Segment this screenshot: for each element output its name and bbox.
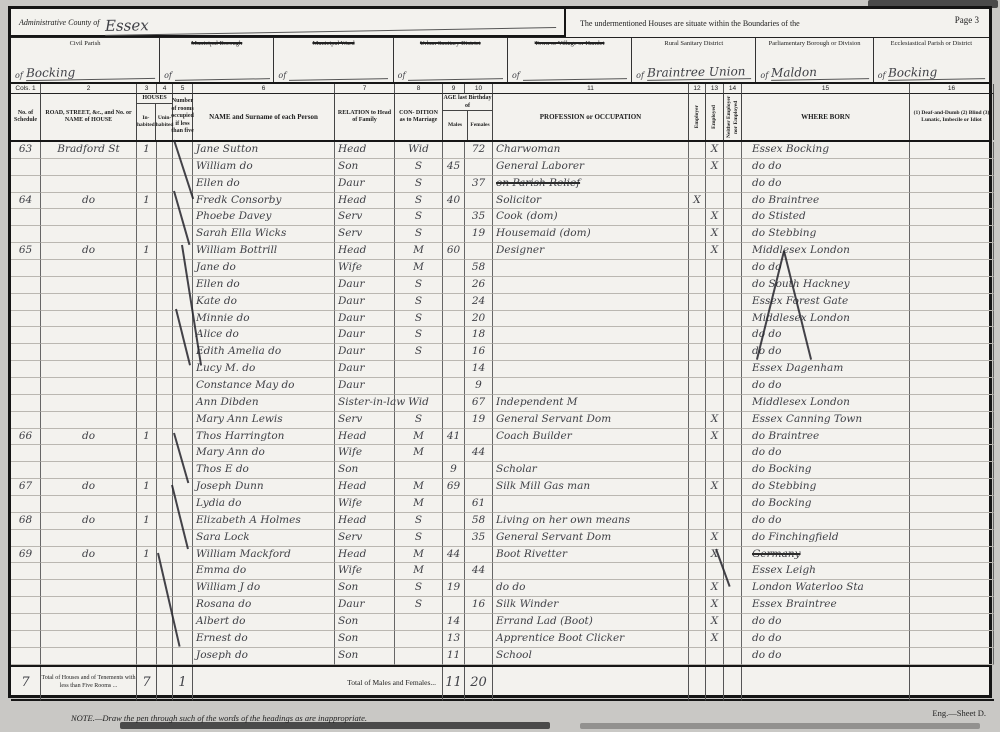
cell-inh <box>137 361 157 378</box>
cell-inh <box>137 563 157 580</box>
cell-infirm <box>910 176 994 193</box>
table-row: Lucy M. doDaur14Essex Dagenham <box>11 361 989 378</box>
cell-born: Germany <box>742 547 910 564</box>
cell-neither <box>724 597 742 614</box>
cell-emp <box>689 412 706 429</box>
cell-empd <box>706 344 724 361</box>
cell-aF: 67 <box>465 395 493 412</box>
cell-rel: Daur <box>335 176 395 193</box>
table-row: Albert doSon14Errand Lad (Boot)Xdo do <box>11 614 989 631</box>
cell-aM <box>443 344 465 361</box>
table-row: William doSonS45General LaborerXdo do <box>11 159 989 176</box>
cell-empd: X <box>706 614 724 631</box>
cell-emp <box>689 327 706 344</box>
cell-sched <box>11 277 41 294</box>
cell-empd <box>706 378 724 395</box>
cell-infirm <box>910 648 994 665</box>
cell-sched <box>11 530 41 547</box>
cell-sched <box>11 462 41 479</box>
cell-inh <box>137 159 157 176</box>
cell-road <box>41 344 137 361</box>
cell-inh <box>137 176 157 193</box>
cell-rooms <box>173 597 193 614</box>
header-rooms: Number of rooms occupied if less than fi… <box>173 94 193 140</box>
header-condition: CON- DITION as to Marriage <box>395 94 443 140</box>
cell-sched <box>11 597 41 614</box>
cell-inh <box>137 277 157 294</box>
cell-empd <box>706 327 724 344</box>
cell-aF <box>465 479 493 496</box>
cell-aF <box>465 193 493 210</box>
cell-aM <box>443 530 465 547</box>
cell-born: Essex Dagenham <box>742 361 910 378</box>
cell-rel: Head <box>335 429 395 446</box>
cell-inh <box>137 580 157 597</box>
cell-born: Essex Bocking <box>742 142 910 159</box>
county-box: Administrative County of Essex <box>11 9 566 37</box>
cell-cond: M <box>395 547 443 564</box>
cell-aF: 9 <box>465 378 493 395</box>
cell-occ <box>493 378 689 395</box>
header-inhabited: In-habited <box>137 104 155 141</box>
district-value: Maldon <box>771 64 869 81</box>
table-row: Phoebe DaveyServS35Cook (dom)Xdo Stisted <box>11 209 989 226</box>
cell-rel: Head <box>335 547 395 564</box>
cell-sched: 63 <box>11 142 41 159</box>
cell-aM <box>443 412 465 429</box>
cell-emp <box>689 496 706 513</box>
cell-inh: 1 <box>137 429 157 446</box>
cell-road <box>41 361 137 378</box>
cell-empd: X <box>706 597 724 614</box>
cell-empd <box>706 513 724 530</box>
admin-county-label: Administrative County of <box>19 18 99 27</box>
cell-occ <box>493 260 689 277</box>
header-females: Females <box>467 111 492 140</box>
cell-inh <box>137 209 157 226</box>
header-where-born: WHERE BORN <box>742 94 910 140</box>
cell-rel: Son <box>335 159 395 176</box>
cell-aF: 44 <box>465 445 493 462</box>
cell-aM <box>443 176 465 193</box>
cell-infirm <box>910 344 994 361</box>
cell-empd: X <box>706 142 724 159</box>
cell-emp <box>689 142 706 159</box>
sheet-reference: Eng.—Sheet D. <box>932 708 986 718</box>
column-number: 9 <box>443 84 465 94</box>
cell-occ: Scholar <box>493 462 689 479</box>
cell-road <box>41 209 137 226</box>
cell-uninh <box>157 479 173 496</box>
cell-uninh <box>157 176 173 193</box>
cell-emp <box>689 614 706 631</box>
cell-inh <box>137 445 157 462</box>
cell-name: Rosana do <box>193 597 335 614</box>
cell-aF: 61 <box>465 496 493 513</box>
cell-rooms <box>173 648 193 665</box>
cell-name: Elizabeth A Holmes <box>193 513 335 530</box>
cell-emp <box>689 547 706 564</box>
cell-rel: Son <box>335 580 395 597</box>
cell-cond: S <box>395 412 443 429</box>
cell-name: Edith Amelia do <box>193 344 335 361</box>
cell-aM <box>443 311 465 328</box>
cell-name: Mary Ann do <box>193 445 335 462</box>
cell-born: do Stebbing <box>742 479 910 496</box>
district-value <box>408 78 503 81</box>
cell-emp <box>689 445 706 462</box>
cell-born: do do <box>742 260 910 277</box>
cell-occ: Coach Builder <box>493 429 689 446</box>
cell-aM <box>443 361 465 378</box>
cell-born: do do <box>742 159 910 176</box>
table-header: No. of Schedule ROAD, STREET, &c., and N… <box>11 94 989 142</box>
cell-rel: Serv <box>335 530 395 547</box>
cell-aF <box>465 648 493 665</box>
column-number: 6 <box>193 84 335 94</box>
cell-empd: X <box>706 429 724 446</box>
table-row: 65do1William BottrillHeadM60DesignerXMid… <box>11 243 989 260</box>
cell-uninh <box>157 530 173 547</box>
footer-schedule-total: 7 <box>21 675 29 690</box>
cell-emp <box>689 580 706 597</box>
cell-inh <box>137 344 157 361</box>
cell-inh <box>137 648 157 665</box>
cell-rel: Son <box>335 648 395 665</box>
admin-county-value: Essex <box>105 9 556 36</box>
table-body: 63Bradford St1Jane SuttonHeadWid72Charwo… <box>11 142 989 665</box>
cell-neither <box>724 344 742 361</box>
cell-born: do do <box>742 614 910 631</box>
table-row: Sara LockServS35General Servant DomXdo F… <box>11 530 989 547</box>
cell-inh: 1 <box>137 513 157 530</box>
cell-emp <box>689 243 706 260</box>
cell-uninh <box>157 429 173 446</box>
cell-road: Bradford St <box>41 142 137 159</box>
cell-aM <box>443 209 465 226</box>
cell-cond: M <box>395 445 443 462</box>
cell-rel: Wife <box>335 445 395 462</box>
cell-aM: 60 <box>443 243 465 260</box>
cell-neither <box>724 530 742 547</box>
cell-empd: X <box>706 580 724 597</box>
cell-rooms <box>173 344 193 361</box>
cell-road: do <box>41 479 137 496</box>
cell-uninh <box>157 294 173 311</box>
cell-road <box>41 496 137 513</box>
cell-infirm <box>910 193 994 210</box>
cell-sched <box>11 648 41 665</box>
cell-sched <box>11 344 41 361</box>
cell-road <box>41 412 137 429</box>
cell-infirm <box>910 479 994 496</box>
cell-emp <box>689 294 706 311</box>
houses-total-label: Total of Houses and of Tenements with le… <box>41 667 137 701</box>
header-age: AGE last Birthday of Males Females <box>443 94 493 140</box>
cell-empd <box>706 462 724 479</box>
cell-road <box>41 614 137 631</box>
cell-name: Ellen do <box>193 176 335 193</box>
district-label: Urban Sanitary District <box>398 40 503 57</box>
cell-name: Minnie do <box>193 311 335 328</box>
cell-born: Essex Leigh <box>742 563 910 580</box>
table-row: Kate doDaurS24Essex Forest Gate <box>11 294 989 311</box>
cell-infirm <box>910 530 994 547</box>
cell-name: Sarah Ella Wicks <box>193 226 335 243</box>
cell-born: Essex Forest Gate <box>742 294 910 311</box>
cell-emp <box>689 429 706 446</box>
cell-uninh <box>157 614 173 631</box>
header-name: NAME and Surname of each Person <box>193 94 335 140</box>
cell-inh <box>137 631 157 648</box>
cell-occ: Solicitor <box>493 193 689 210</box>
cell-road: do <box>41 547 137 564</box>
cell-sched: 69 <box>11 547 41 564</box>
cell-uninh <box>157 412 173 429</box>
cell-empd: X <box>706 159 724 176</box>
cell-born: Essex Braintree <box>742 597 910 614</box>
cell-cond: Wid <box>395 395 443 412</box>
cell-aM <box>443 226 465 243</box>
county-band: Administrative County of Essex The under… <box>11 9 989 38</box>
cell-empd <box>706 648 724 665</box>
cell-occ: School <box>493 648 689 665</box>
cell-rel: Son <box>335 614 395 631</box>
cell-rooms <box>173 580 193 597</box>
district-band: Civil ParishofBockingMunicipal Boroughof… <box>11 38 989 84</box>
district-prefix: of <box>760 71 768 80</box>
cell-sched: 64 <box>11 193 41 210</box>
cell-empd <box>706 445 724 462</box>
cell-infirm <box>910 226 994 243</box>
cell-born: do do <box>742 344 910 361</box>
cell-aM: 11 <box>443 648 465 665</box>
cell-inh <box>137 530 157 547</box>
cell-emp <box>689 378 706 395</box>
table-row: 67do1Joseph DunnHeadM69Silk Mill Gas man… <box>11 479 989 496</box>
cell-inh <box>137 395 157 412</box>
cell-rel: Serv <box>335 412 395 429</box>
cell-neither <box>724 378 742 395</box>
cell-emp <box>689 311 706 328</box>
cell-neither <box>724 429 742 446</box>
cell-aF: 58 <box>465 513 493 530</box>
rooms-total: 1 <box>178 675 186 690</box>
cell-cond: S <box>395 580 443 597</box>
cell-aF: 18 <box>465 327 493 344</box>
cell-empd <box>706 294 724 311</box>
cell-road <box>41 462 137 479</box>
cell-rel: Daur <box>335 361 395 378</box>
cell-uninh <box>157 648 173 665</box>
cell-emp <box>689 226 706 243</box>
table-row: Edith Amelia doDaurS16do do <box>11 344 989 361</box>
cell-sched <box>11 209 41 226</box>
cell-empd <box>706 361 724 378</box>
cell-emp <box>689 209 706 226</box>
cell-infirm <box>910 580 994 597</box>
header-relation: RELATION to Head of Family <box>335 94 395 140</box>
table-row: 68do1Elizabeth A HolmesHeadS58Living on … <box>11 513 989 530</box>
column-number: 2 <box>41 84 137 94</box>
cell-emp: X <box>689 193 706 210</box>
cell-cond: S <box>395 209 443 226</box>
cell-inh: 1 <box>137 547 157 564</box>
cell-empd: X <box>706 226 724 243</box>
cell-neither <box>724 311 742 328</box>
cell-sched <box>11 378 41 395</box>
cell-occ <box>493 327 689 344</box>
cell-name: Thos E do <box>193 462 335 479</box>
table-row: Mary Ann doWifeM44do do <box>11 445 989 462</box>
cell-cond: M <box>395 429 443 446</box>
cell-infirm <box>910 462 994 479</box>
cell-aM <box>443 513 465 530</box>
cell-name: William J do <box>193 580 335 597</box>
cell-inh: 1 <box>137 243 157 260</box>
cell-rel: Wife <box>335 496 395 513</box>
cell-aM <box>443 378 465 395</box>
cell-infirm <box>910 361 994 378</box>
cell-rooms <box>173 412 193 429</box>
cell-name: Joseph Dunn <box>193 479 335 496</box>
cell-aM <box>443 597 465 614</box>
cell-infirm <box>910 327 994 344</box>
table-row: Constance May doDaur9do do <box>11 378 989 395</box>
district-label: Municipal Ward <box>278 40 388 57</box>
table-row: Joseph doSon11Schooldo do <box>11 648 989 665</box>
district-cell: Rural Sanitary DistrictofBraintree Union <box>632 38 756 82</box>
header-infirmity: (1) Deaf-and-Dumb (2) Blind (3) Lunatic,… <box>910 94 994 140</box>
cell-road <box>41 260 137 277</box>
cell-emp <box>689 530 706 547</box>
cell-road <box>41 277 137 294</box>
cell-aM <box>443 277 465 294</box>
district-prefix: of <box>15 71 23 80</box>
cell-aM <box>443 327 465 344</box>
cell-empd <box>706 176 724 193</box>
cell-aF: 44 <box>465 563 493 580</box>
district-value: Bocking <box>888 64 985 81</box>
cell-road <box>41 530 137 547</box>
table-row: Minnie doDaurS20Middlesex London <box>11 311 989 328</box>
cell-cond: S <box>395 327 443 344</box>
cell-neither <box>724 631 742 648</box>
cell-road: do <box>41 513 137 530</box>
cell-sched <box>11 311 41 328</box>
header-houses: HOUSES In-habited Unin-habited <box>137 94 173 140</box>
table-row: Ann DibdenSister-in-lawWid67Independent … <box>11 395 989 412</box>
cell-sched <box>11 563 41 580</box>
cell-inh <box>137 496 157 513</box>
district-label: Ecclesiastical Parish or District <box>878 40 985 57</box>
header-occupation: PROFESSION or OCCUPATION <box>493 94 689 140</box>
cell-neither <box>724 327 742 344</box>
district-cell: Civil ParishofBocking <box>11 38 160 82</box>
cell-neither <box>724 361 742 378</box>
cell-infirm <box>910 311 994 328</box>
cell-aM <box>443 294 465 311</box>
cell-aF <box>465 631 493 648</box>
cell-inh <box>137 327 157 344</box>
column-number: 10 <box>465 84 493 94</box>
cell-aM: 41 <box>443 429 465 446</box>
district-cell: Urban Sanitary Districtof <box>394 38 508 82</box>
cell-rooms <box>173 378 193 395</box>
cell-aF: 14 <box>465 361 493 378</box>
district-prefix: of <box>278 71 286 80</box>
cell-infirm <box>910 209 994 226</box>
cell-infirm <box>910 378 994 395</box>
cell-aF: 16 <box>465 597 493 614</box>
district-cell: Ecclesiastical Parish or DistrictofBocki… <box>874 38 989 82</box>
cell-sched <box>11 260 41 277</box>
header-employed: Employed <box>706 94 724 140</box>
cell-emp <box>689 277 706 294</box>
cell-rooms <box>173 563 193 580</box>
cell-occ: General Servant Dom <box>493 412 689 429</box>
males-females-label: Total of Males and Females... <box>193 667 443 701</box>
cell-rel: Serv <box>335 209 395 226</box>
cell-neither <box>724 260 742 277</box>
cell-aM: 40 <box>443 193 465 210</box>
cell-empd <box>706 395 724 412</box>
column-number: 7 <box>335 84 395 94</box>
cell-road <box>41 226 137 243</box>
cell-aM: 9 <box>443 462 465 479</box>
district-prefix: of <box>164 71 172 80</box>
cell-occ <box>493 445 689 462</box>
census-sheet: Administrative County of Essex The under… <box>8 6 992 698</box>
cell-uninh <box>157 496 173 513</box>
cell-name: Sara Lock <box>193 530 335 547</box>
cell-name: Lydia do <box>193 496 335 513</box>
cell-aM: 19 <box>443 580 465 597</box>
cell-name: Fredk Consorby <box>193 193 335 210</box>
cell-occ: Living on her own means <box>493 513 689 530</box>
cell-road <box>41 580 137 597</box>
cell-aF <box>465 159 493 176</box>
cell-occ: Errand Lad (Boot) <box>493 614 689 631</box>
district-label: Municipal Borough <box>164 40 269 57</box>
cell-name: Ann Dibden <box>193 395 335 412</box>
district-prefix: of <box>512 71 520 80</box>
cell-name: Jane Sutton <box>193 142 335 159</box>
cell-uninh <box>157 311 173 328</box>
cell-emp <box>689 631 706 648</box>
cell-cond: S <box>395 193 443 210</box>
cell-sched: 67 <box>11 479 41 496</box>
cell-aM <box>443 142 465 159</box>
cell-rel: Head <box>335 513 395 530</box>
cell-neither <box>724 614 742 631</box>
cell-neither <box>724 648 742 665</box>
cell-occ: on Parish Relief <box>493 176 689 193</box>
cell-uninh <box>157 378 173 395</box>
cell-born: do South Hackney <box>742 277 910 294</box>
cell-rooms <box>173 395 193 412</box>
cell-uninh <box>157 445 173 462</box>
table-row: Jane doWifeM58do do <box>11 260 989 277</box>
cell-road <box>41 563 137 580</box>
column-number: 15 <box>742 84 910 94</box>
cell-occ: General Laborer <box>493 159 689 176</box>
cell-neither <box>724 479 742 496</box>
cell-aF: 19 <box>465 412 493 429</box>
cell-born: do do <box>742 445 910 462</box>
cell-aM: 13 <box>443 631 465 648</box>
cell-neither <box>724 395 742 412</box>
